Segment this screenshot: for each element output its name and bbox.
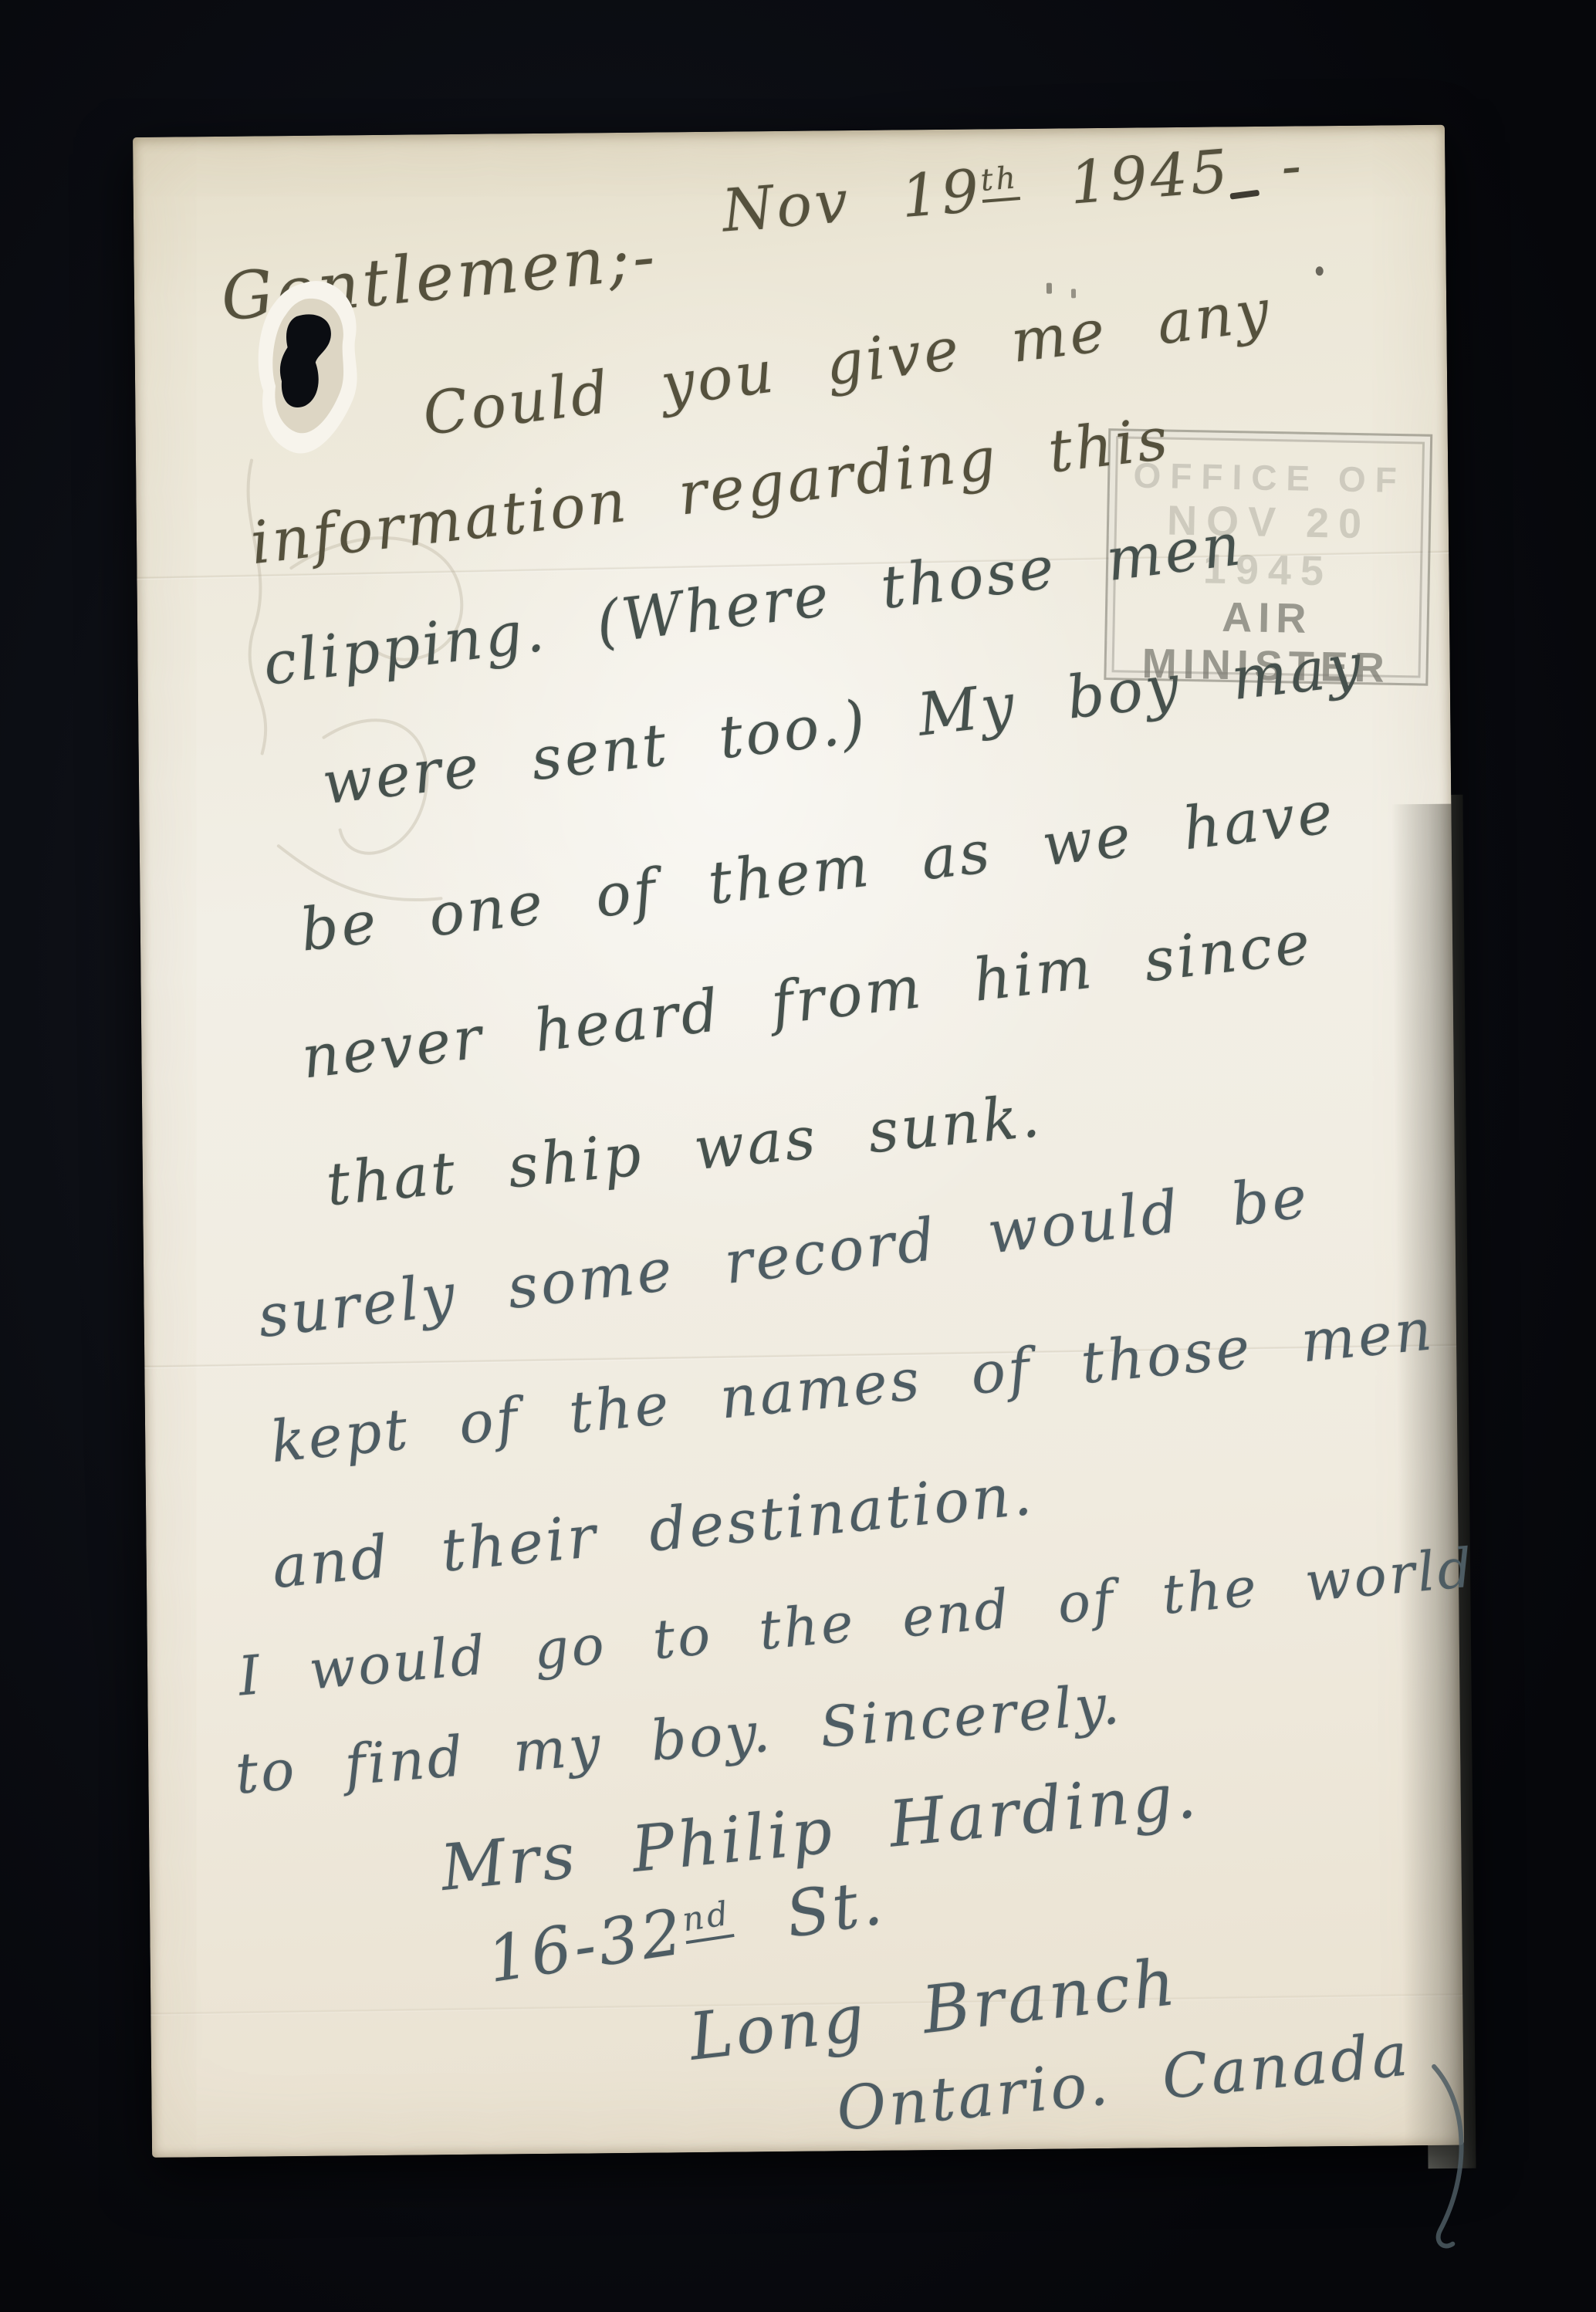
street-suffix: St. — [781, 1865, 889, 1952]
date-text: Nov 19 — [719, 156, 984, 245]
photo-of-letter: OFFICE OF NOV 20 1945 AIR MINISTER Nov 1… — [0, 0, 1596, 2312]
date-year: 1945 - — [1067, 130, 1307, 218]
stray-ink-dot — [1071, 289, 1076, 298]
body-line: that ship was sunk. — [323, 1081, 1046, 1219]
stray-ink-dot — [1047, 283, 1052, 294]
paper-right-shading — [1391, 804, 1464, 2146]
torn-hole — [241, 275, 374, 466]
stamp-office-line: OFFICE OF — [1133, 455, 1406, 501]
pen-flourish — [1418, 2060, 1482, 2261]
street-ordinal: nd — [680, 1894, 735, 1944]
letter-paper: OFFICE OF NOV 20 1945 AIR MINISTER Nov 1… — [133, 125, 1464, 2158]
stray-ink-dot — [1316, 266, 1324, 275]
date-ordinal: th — [979, 160, 1020, 203]
street-number: 16-32 — [483, 1895, 690, 1997]
body-line: and their destination. — [269, 1459, 1036, 1601]
date-line: Nov 19th 1945 - — [719, 130, 1307, 245]
